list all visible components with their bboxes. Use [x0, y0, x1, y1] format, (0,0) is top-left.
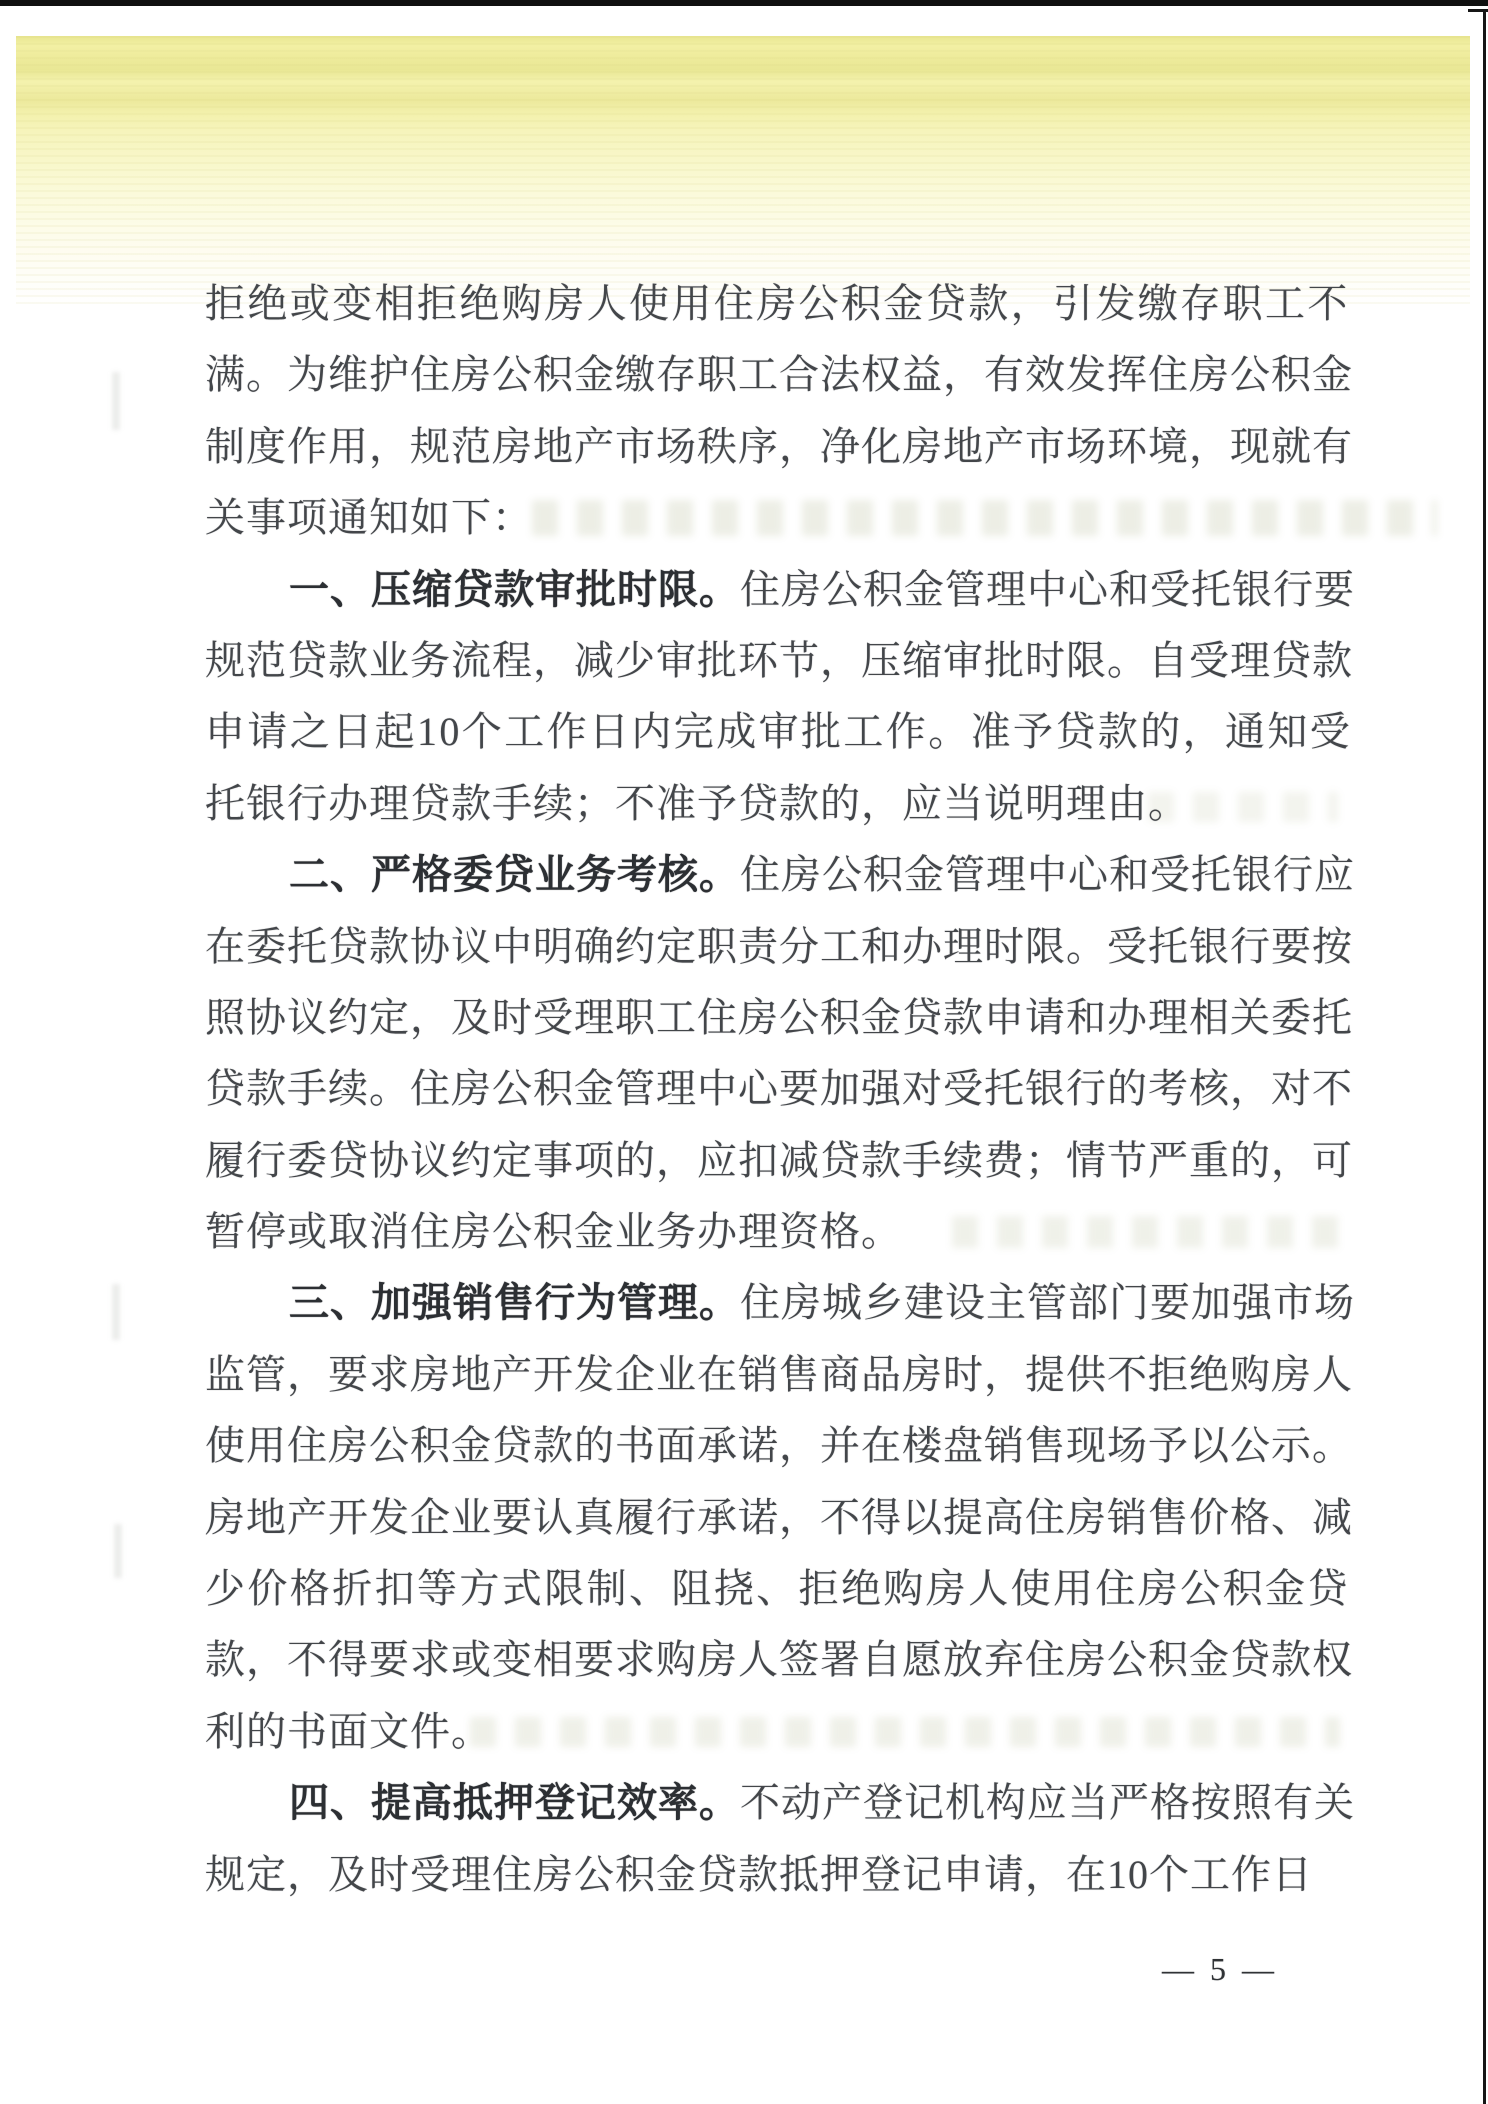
text-line: 规定，及时受理住房公积金贷款抵押登记申请，在10个工作日	[205, 1839, 1355, 1910]
body-text: 款，不得要求或变相要求购房人签署自愿放弃住房公积金贷款权	[205, 1637, 1353, 1682]
body-text: 利的书面文件。	[205, 1709, 492, 1754]
text-line-section-4: 四、提高抵押登记效率。不动产登记机构应当严格按照有关	[205, 1767, 1355, 1838]
text-line: 拒绝或变相拒绝购房人使用住房公积金贷款，引发缴存职工不	[205, 268, 1355, 339]
scan-edge-right-line	[1483, 10, 1486, 2104]
text-line: 暂停或取消住房公积金业务办理资格。	[205, 1196, 1355, 1267]
text-line: 房地产开发企业要认真履行承诺，不得以提高住房销售价格、减	[205, 1482, 1355, 1553]
text-line: 托银行办理贷款手续；不准予贷款的，应当说明理由。	[205, 768, 1355, 839]
text-line: 申请之日起10个工作日内完成审批工作。准予贷款的，通知受	[205, 696, 1355, 767]
text-line: 款，不得要求或变相要求购房人签署自愿放弃住房公积金贷款权	[205, 1624, 1355, 1695]
text-line: 贷款手续。住房公积金管理中心要加强对受托银行的考核，对不	[205, 1053, 1355, 1124]
text-line: 制度作用，规范房地产市场秩序，净化房地产市场环境，现就有	[205, 411, 1355, 482]
margin-smudge	[114, 1524, 122, 1578]
text-line: 满。为维护住房公积金缴存职工合法权益，有效发挥住房公积金	[205, 339, 1355, 410]
body-text: 拒绝或变相拒绝购房人使用住房公积金贷款，引发缴存职工不	[205, 281, 1350, 326]
body-text: 规范贷款业务流程，减少审批环节，压缩审批时限。自受理贷款	[205, 638, 1353, 683]
body-text: 照协议约定，及时受理职工住房公积金贷款申请和办理相关委托	[205, 995, 1353, 1040]
body-text: 住房公积金管理中心和受托银行应	[740, 852, 1355, 897]
margin-smudge	[112, 372, 120, 430]
section-heading-text: 四、提高抵押登记效率。	[289, 1781, 740, 1825]
body-text: 监管，要求房地产开发企业在销售商品房时，提供不拒绝购房人	[205, 1352, 1353, 1397]
body-text: 关事项通知如下：	[205, 495, 533, 540]
page-number: — 5 —	[1130, 1948, 1310, 1990]
scan-edge-top-bar	[0, 0, 1488, 6]
text-line: 少价格折扣等方式限制、阻挠、拒绝购房人使用住房公积金贷	[205, 1553, 1355, 1624]
body-text: 不动产登记机构应当严格按照有关	[740, 1780, 1355, 1825]
body-text: 在委托贷款协议中明确约定职责分工和办理时限。受托银行要按	[205, 924, 1353, 969]
scanned-page: { "page_number": "— 5 —", "content": { "…	[0, 0, 1488, 2104]
body-text: 制度作用，规范房地产市场秩序，净化房地产市场环境，现就有	[205, 424, 1353, 469]
section-heading-text: 一、压缩贷款审批时限。	[289, 568, 740, 612]
document-body-text: 拒绝或变相拒绝购房人使用住房公积金贷款，引发缴存职工不 满。为维护住房公积金缴存…	[205, 268, 1355, 1910]
text-line-section-1: 一、压缩贷款审批时限。住房公积金管理中心和受托银行要	[205, 554, 1355, 625]
text-line-section-3: 三、加强销售行为管理。住房城乡建设主管部门要加强市场	[205, 1267, 1355, 1338]
body-text: 房地产开发企业要认真履行承诺，不得以提高住房销售价格、减	[205, 1495, 1353, 1540]
yellow-scan-band	[16, 36, 1470, 304]
text-line: 关事项通知如下：	[205, 482, 1355, 553]
body-text: 住房城乡建设主管部门要加强市场	[740, 1280, 1355, 1325]
body-text: 住房公积金管理中心和受托银行要	[740, 567, 1355, 612]
text-line-section-2: 二、严格委贷业务考核。住房公积金管理中心和受托银行应	[205, 839, 1355, 910]
text-line: 在委托贷款协议中明确约定职责分工和办理时限。受托银行要按	[205, 911, 1355, 982]
body-text: 满。为维护住房公积金缴存职工合法权益，有效发挥住房公积金	[205, 352, 1353, 397]
text-line: 监管，要求房地产开发企业在销售商品房时，提供不拒绝购房人	[205, 1339, 1355, 1410]
margin-smudge	[112, 1284, 120, 1340]
body-text: 申请之日起10个工作日内完成审批工作。准予贷款的，通知受	[205, 709, 1352, 754]
section-heading-text: 二、严格委贷业务考核。	[289, 853, 740, 897]
text-line: 履行委贷协议约定事项的，应扣减贷款手续费；情节严重的，可	[205, 1125, 1355, 1196]
body-text: 托银行办理贷款手续；不准予贷款的，应当说明理由。	[205, 781, 1189, 826]
scan-edge-notch	[1468, 9, 1488, 12]
body-text: 规定，及时受理住房公积金贷款抵押登记申请，在10个工作日	[205, 1852, 1313, 1897]
body-text: 履行委贷协议约定事项的，应扣减贷款手续费；情节严重的，可	[205, 1138, 1353, 1183]
body-text: 少价格折扣等方式限制、阻挠、拒绝购房人使用住房公积金贷	[205, 1566, 1350, 1611]
section-heading-text: 三、加强销售行为管理。	[289, 1281, 740, 1325]
body-text: 贷款手续。住房公积金管理中心要加强对受托银行的考核，对不	[205, 1066, 1353, 1111]
body-text: 暂停或取消住房公积金业务办理资格。	[205, 1209, 902, 1254]
text-line: 照协议约定，及时受理职工住房公积金贷款申请和办理相关委托	[205, 982, 1355, 1053]
text-line: 利的书面文件。	[205, 1696, 1355, 1767]
text-line: 规范贷款业务流程，减少审批环节，压缩审批时限。自受理贷款	[205, 625, 1355, 696]
text-line: 使用住房公积金贷款的书面承诺，并在楼盘销售现场予以公示。	[205, 1410, 1355, 1481]
body-text: 使用住房公积金贷款的书面承诺，并在楼盘销售现场予以公示。	[205, 1423, 1353, 1468]
